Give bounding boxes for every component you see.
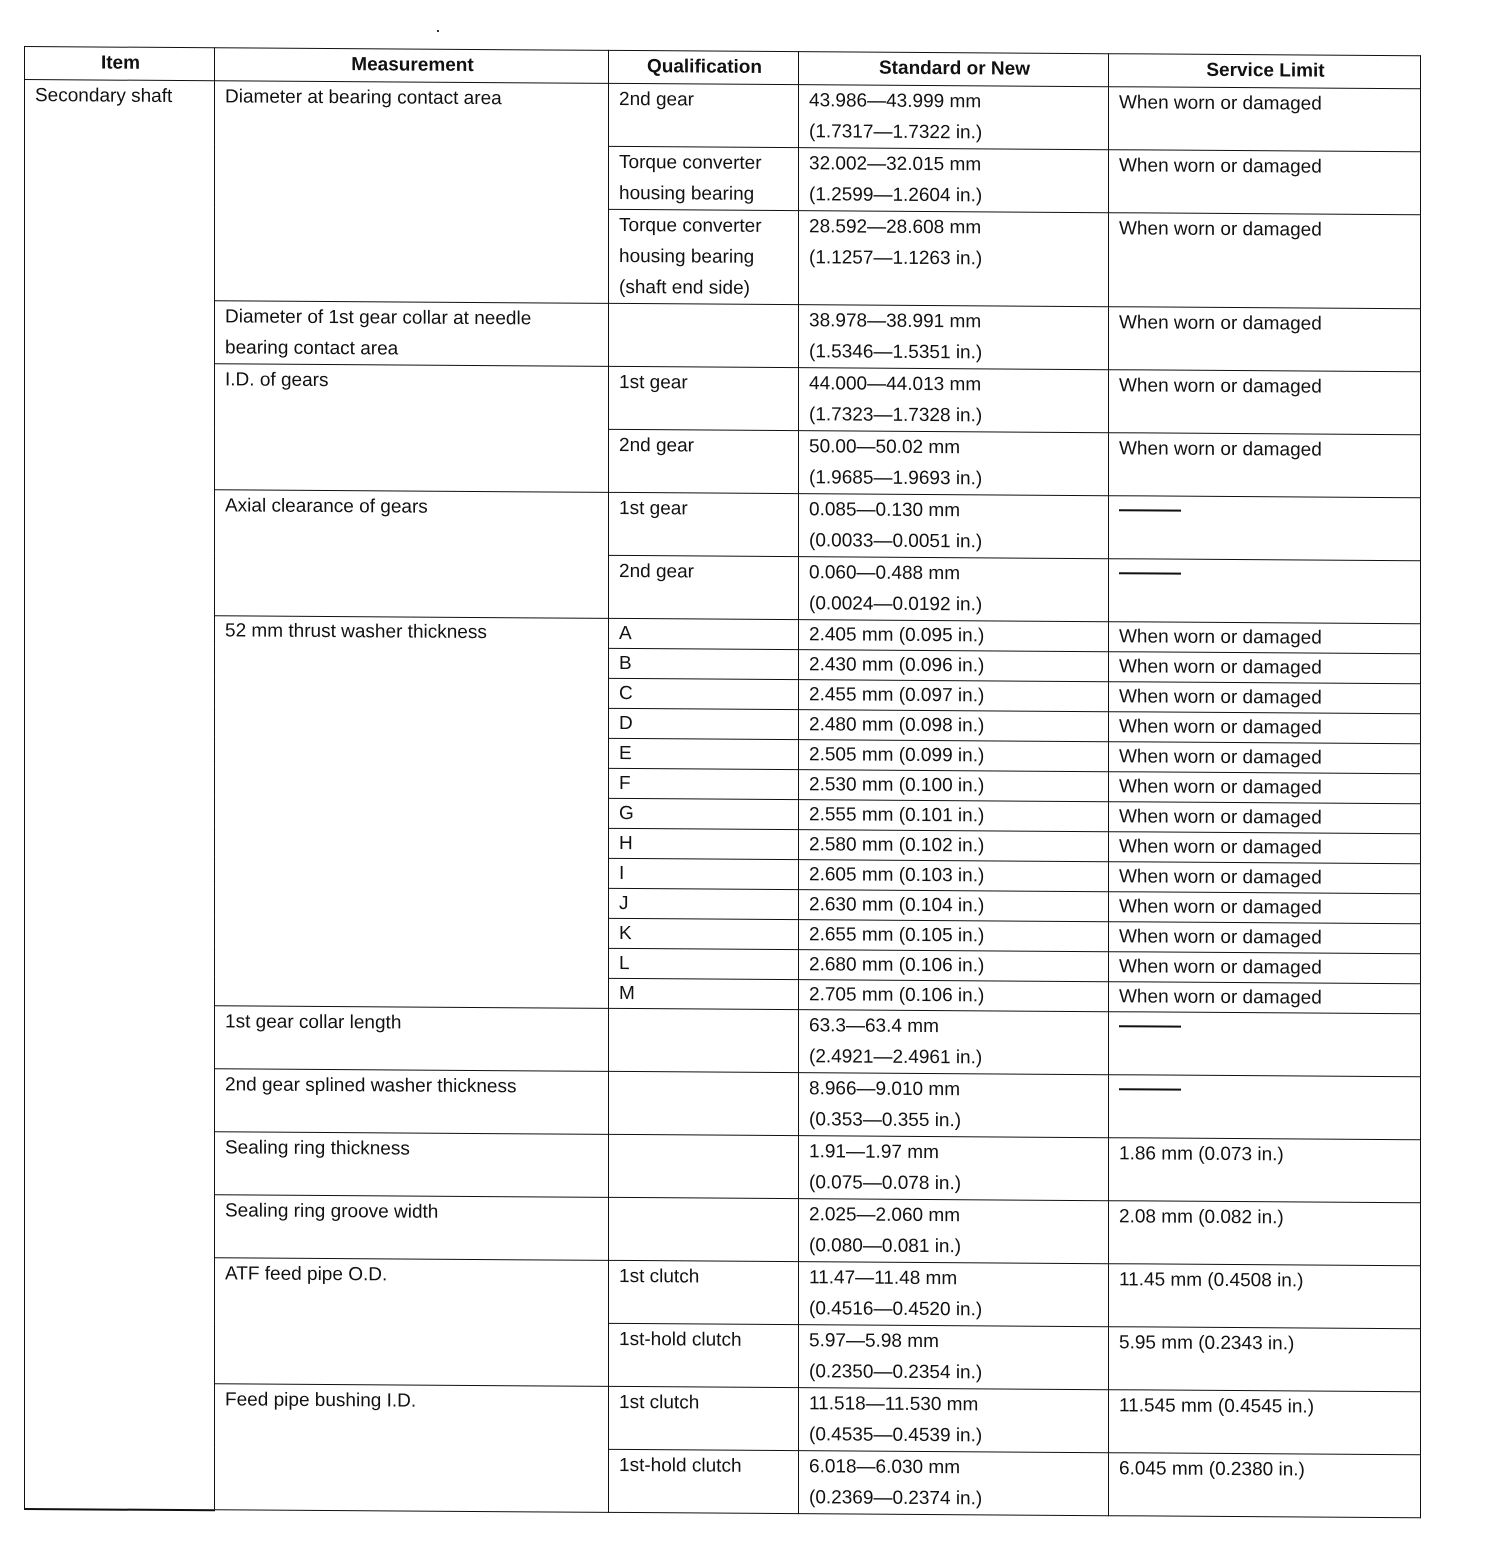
standard-value: (0.0033—0.0051 in.) [809, 525, 1100, 558]
qualification-cell: 1st gear [609, 366, 799, 430]
standard-value: 2.405 mm (0.095 in.) [809, 620, 1100, 651]
qualification-text: 1st-hold clutch [619, 1324, 790, 1356]
qualification-text: 1st gear [619, 367, 790, 399]
qualification-cell: D [609, 708, 799, 739]
qualification-text: H [619, 829, 790, 859]
qualification-cell: J [609, 888, 799, 919]
service-limit-cell: When worn or damaged [1109, 862, 1421, 894]
measurement-cell: Sealing ring thickness [215, 1132, 609, 1198]
standard-value: (1.2599—1.2604 in.) [809, 179, 1100, 212]
standard-cell: 2.455 mm (0.097 in.) [799, 680, 1109, 712]
measurement-text: bearing contact area [225, 332, 600, 365]
standard-value: 11.518—11.530 mm [809, 1388, 1100, 1421]
standard-value: 2.580 mm (0.102 in.) [809, 830, 1100, 861]
qualification-cell: F [609, 768, 799, 799]
service-limit-value: When worn or damaged [1119, 982, 1412, 1013]
qualification-text: 1st clutch [619, 1387, 790, 1419]
spec-body: Secondary shaftDiameter at bearing conta… [25, 80, 1421, 1518]
qualification-text: housing bearing [619, 241, 790, 273]
measurement-text: I.D. of gears [225, 364, 600, 397]
qualification-text: 1st clutch [619, 1261, 790, 1293]
standard-value: (1.7317—1.7322 in.) [809, 116, 1100, 149]
service-limit-value: When worn or damaged [1119, 150, 1412, 183]
qualification-cell: C [609, 678, 799, 709]
standard-value: 2.455 mm (0.097 in.) [809, 680, 1100, 711]
header-measurement: Measurement [215, 48, 609, 84]
standard-value: 6.018—6.030 mm [809, 1451, 1100, 1484]
measurement-cell: Diameter of 1st gear collar at needlebea… [215, 301, 609, 367]
standard-cell: 2.505 mm (0.099 in.) [799, 740, 1109, 772]
qualification-cell [609, 1071, 799, 1135]
service-limit-cell: When worn or damaged [1109, 150, 1421, 215]
qualification-text: D [619, 709, 790, 739]
standard-cell: 11.47—11.48 mm(0.4516—0.4520 in.) [799, 1262, 1109, 1327]
measurement-text: Axial clearance of gears [225, 490, 600, 523]
service-limit-cell: 11.545 mm (0.4545 in.) [1109, 1390, 1421, 1455]
table-row: Diameter of 1st gear collar at needlebea… [25, 300, 1421, 372]
standard-value: (1.7323—1.7328 in.) [809, 399, 1100, 432]
service-limit-value: 2.08 mm (0.082 in.) [1119, 1201, 1412, 1234]
service-limit-cell: 6.045 mm (0.2380 in.) [1109, 1453, 1421, 1518]
standard-value: 32.002—32.015 mm [809, 148, 1100, 181]
standard-cell: 0.085—0.130 mm(0.0033—0.0051 in.) [799, 494, 1109, 559]
qualification-cell: 1st clutch [609, 1260, 799, 1324]
standard-value: (0.2350—0.2354 in.) [809, 1356, 1100, 1389]
measurement-text: Diameter of 1st gear collar at needle [225, 301, 600, 334]
service-limit-value: When worn or damaged [1119, 622, 1412, 653]
service-limit-cell: When worn or damaged [1109, 772, 1421, 804]
standard-value: (0.075—0.078 in.) [809, 1167, 1100, 1200]
standard-value: 11.47—11.48 mm [809, 1262, 1100, 1295]
service-limit-value: 1.86 mm (0.073 in.) [1119, 1138, 1412, 1171]
qualification-cell: E [609, 738, 799, 769]
qualification-cell [609, 1134, 799, 1198]
measurement-text: 1st gear collar length [225, 1006, 600, 1039]
qualification-text: (shaft end side) [619, 272, 790, 304]
table-row: I.D. of gears1st gear44.000—44.013 mm(1.… [25, 363, 1421, 435]
service-limit-value: When worn or damaged [1119, 742, 1412, 773]
standard-cell: 2.405 mm (0.095 in.) [799, 620, 1109, 652]
service-limit-cell: 11.45 mm (0.4508 in.) [1109, 1264, 1421, 1329]
measurement-text: ATF feed pipe O.D. [225, 1258, 600, 1291]
standard-value: 44.000—44.013 mm [809, 368, 1100, 401]
table-row: Axial clearance of gears1st gear0.085—0.… [25, 489, 1421, 561]
qualification-text: 2nd gear [619, 556, 790, 588]
measurement-text: 52 mm thrust washer thickness [225, 616, 600, 647]
service-limit-cell [1109, 1012, 1421, 1077]
standard-value: 50.00—50.02 mm [809, 431, 1100, 464]
standard-value: 0.060—0.488 mm [809, 557, 1100, 590]
service-limit-value: 5.95 mm (0.2343 in.) [1119, 1327, 1412, 1360]
qualification-cell: 2nd gear [609, 555, 799, 619]
standard-cell: 32.002—32.015 mm(1.2599—1.2604 in.) [799, 148, 1109, 213]
qualification-cell: 2nd gear [609, 429, 799, 493]
qualification-text: Torque converter [619, 210, 790, 242]
header-standard: Standard or New [799, 52, 1109, 87]
standard-value: 2.555 mm (0.101 in.) [809, 800, 1100, 831]
service-limit-cell: When worn or damaged [1109, 952, 1421, 984]
qualification-text: Torque converter [619, 147, 790, 179]
service-limit-value: When worn or damaged [1119, 433, 1412, 466]
standard-cell: 2.430 mm (0.096 in.) [799, 650, 1109, 682]
service-limit-value: When worn or damaged [1119, 952, 1412, 983]
measurement-text: Diameter at bearing contact area [225, 81, 600, 114]
standard-value: (0.4535—0.4539 in.) [809, 1419, 1100, 1452]
service-limit-cell: When worn or damaged [1109, 652, 1421, 684]
not-applicable-dash [1119, 509, 1181, 511]
not-applicable-dash [1119, 1025, 1181, 1027]
qualification-text: 1st-hold clutch [619, 1450, 790, 1482]
standard-cell: 44.000—44.013 mm(1.7323—1.7328 in.) [799, 368, 1109, 433]
standard-value: (1.5346—1.5351 in.) [809, 336, 1100, 369]
standard-value: 2.655 mm (0.105 in.) [809, 920, 1100, 951]
standard-value: 2.505 mm (0.099 in.) [809, 740, 1100, 771]
standard-cell: 8.966—9.010 mm(0.353—0.355 in.) [799, 1073, 1109, 1138]
measurement-cell: 1st gear collar length [215, 1006, 609, 1072]
standard-cell: 28.592—28.608 mm(1.1257—1.1263 in.) [799, 211, 1109, 307]
service-limit-value: When worn or damaged [1119, 87, 1412, 120]
qualification-cell: B [609, 648, 799, 679]
table-row: ATF feed pipe O.D.1st clutch11.47—11.48 … [25, 1257, 1421, 1329]
standard-cell: 1.91—1.97 mm(0.075—0.078 in.) [799, 1136, 1109, 1201]
table-row: Sealing ring groove width2.025—2.060 mm(… [25, 1194, 1421, 1266]
service-limit-cell: When worn or damaged [1109, 982, 1421, 1014]
service-limit-cell: When worn or damaged [1109, 832, 1421, 864]
item-cell: Secondary shaft [25, 80, 215, 1510]
measurement-cell: I.D. of gears [215, 364, 609, 493]
standard-value: 8.966—9.010 mm [809, 1073, 1100, 1106]
service-limit-value: 11.545 mm (0.4545 in.) [1119, 1390, 1412, 1423]
table-row: 2nd gear splined washer thickness8.966—9… [25, 1068, 1421, 1140]
measurement-cell: ATF feed pipe O.D. [215, 1258, 609, 1387]
table-row: Sealing ring thickness1.91—1.97 mm(0.075… [25, 1131, 1421, 1203]
qualification-cell: I [609, 858, 799, 889]
service-limit-cell: When worn or damaged [1109, 922, 1421, 954]
header-qualification: Qualification [609, 50, 799, 84]
measurement-text: Feed pipe bushing I.D. [225, 1384, 600, 1417]
qualification-text: A [619, 619, 790, 649]
qualification-cell: 2nd gear [609, 83, 799, 147]
qualification-cell: M [609, 978, 799, 1009]
service-limit-cell: When worn or damaged [1109, 682, 1421, 714]
service-limit-cell: When worn or damaged [1109, 742, 1421, 774]
service-limit-value: When worn or damaged [1119, 213, 1412, 246]
service-limit-cell: When worn or damaged [1109, 433, 1421, 498]
standard-value: (1.9685—1.9693 in.) [809, 462, 1100, 495]
standard-value: 43.986—43.999 mm [809, 85, 1100, 118]
standard-value: 2.430 mm (0.096 in.) [809, 650, 1100, 681]
standard-cell: 2.580 mm (0.102 in.) [799, 830, 1109, 862]
standard-cell: 6.018—6.030 mm(0.2369—0.2374 in.) [799, 1451, 1109, 1516]
qualification-text: B [619, 649, 790, 679]
qualification-cell [609, 1197, 799, 1261]
measurement-text: Sealing ring groove width [225, 1195, 600, 1228]
service-limit-cell: When worn or damaged [1109, 87, 1421, 152]
measurement-text: 2nd gear splined washer thickness [225, 1069, 600, 1102]
standard-cell: 2.680 mm (0.106 in.) [799, 950, 1109, 982]
standard-cell: 63.3—63.4 mm(2.4921—2.4961 in.) [799, 1010, 1109, 1075]
standard-value: 28.592—28.608 mm [809, 211, 1100, 244]
service-limit-value: When worn or damaged [1119, 712, 1412, 743]
standard-cell: 2.555 mm (0.101 in.) [799, 800, 1109, 832]
qualification-text: 1st gear [619, 493, 790, 525]
standard-value: (0.353—0.355 in.) [809, 1104, 1100, 1137]
service-limit-cell: When worn or damaged [1109, 213, 1421, 309]
qualification-cell: Torque converterhousing bearing [609, 146, 799, 210]
service-limit-value: When worn or damaged [1119, 802, 1412, 833]
service-limit-value: When worn or damaged [1119, 307, 1412, 340]
standard-cell: 11.518—11.530 mm(0.4535—0.4539 in.) [799, 1388, 1109, 1453]
qualification-cell: Torque converterhousing bearing(shaft en… [609, 209, 799, 304]
header-item: Item [25, 47, 215, 81]
standard-value: 38.978—38.991 mm [809, 305, 1100, 338]
standard-value: (2.4921—2.4961 in.) [809, 1041, 1100, 1074]
qualification-cell [609, 1008, 799, 1072]
item-name: Secondary shaft [35, 80, 206, 112]
standard-cell: 43.986—43.999 mm(1.7317—1.7322 in.) [799, 85, 1109, 150]
qualification-text: M [619, 979, 790, 1009]
standard-cell: 0.060—0.488 mm(0.0024—0.0192 in.) [799, 557, 1109, 622]
standard-cell: 2.655 mm (0.105 in.) [799, 920, 1109, 952]
standard-value: 0.085—0.130 mm [809, 494, 1100, 527]
service-limit-cell: 2.08 mm (0.082 in.) [1109, 1201, 1421, 1266]
qualification-text: F [619, 769, 790, 799]
standard-cell: 2.480 mm (0.098 in.) [799, 710, 1109, 742]
standard-cell: 2.705 mm (0.106 in.) [799, 980, 1109, 1012]
standard-value: 5.97—5.98 mm [809, 1325, 1100, 1358]
standard-cell: 50.00—50.02 mm(1.9685—1.9693 in.) [799, 431, 1109, 496]
not-applicable-dash [1119, 1088, 1181, 1090]
standard-value: 2.025—2.060 mm [809, 1199, 1100, 1232]
standard-value: 2.530 mm (0.100 in.) [809, 770, 1100, 801]
standard-cell: 2.605 mm (0.103 in.) [799, 860, 1109, 892]
table-row: Feed pipe bushing I.D.1st clutch11.518—1… [25, 1383, 1421, 1455]
qualification-text: E [619, 739, 790, 769]
service-limit-cell: When worn or damaged [1109, 892, 1421, 924]
header-service-limit: Service Limit [1109, 54, 1421, 89]
service-limit-value: 11.45 mm (0.4508 in.) [1119, 1264, 1412, 1297]
service-limit-cell [1109, 496, 1421, 561]
service-limit-value: When worn or damaged [1119, 832, 1412, 863]
qualification-cell: 1st clutch [609, 1386, 799, 1450]
service-limit-cell [1109, 559, 1421, 624]
service-limit-value: When worn or damaged [1119, 862, 1412, 893]
standard-value: 2.605 mm (0.103 in.) [809, 860, 1100, 891]
qualification-cell: 1st gear [609, 492, 799, 556]
qualification-cell [609, 303, 799, 367]
qualification-text: I [619, 859, 790, 889]
qualification-text: K [619, 919, 790, 949]
standard-value: 1.91—1.97 mm [809, 1136, 1100, 1169]
measurement-cell: Sealing ring groove width [215, 1195, 609, 1261]
service-limit-cell [1109, 1075, 1421, 1140]
qualification-text: L [619, 949, 790, 979]
service-limit-value: When worn or damaged [1119, 772, 1412, 803]
qualification-text: 2nd gear [619, 430, 790, 462]
service-limit-cell: When worn or damaged [1109, 370, 1421, 435]
standard-value: (0.0024—0.0192 in.) [809, 588, 1100, 621]
standard-cell: 2.025—2.060 mm(0.080—0.081 in.) [799, 1199, 1109, 1264]
not-applicable-dash [1119, 572, 1181, 574]
measurement-text: Sealing ring thickness [225, 1132, 600, 1165]
service-limit-value: When worn or damaged [1119, 652, 1412, 683]
standard-value: (1.1257—1.1263 in.) [809, 242, 1100, 275]
standard-cell: 38.978—38.991 mm(1.5346—1.5351 in.) [799, 305, 1109, 370]
spec-table: Item Measurement Qualification Standard … [24, 46, 1421, 1519]
service-limit-cell: 1.86 mm (0.073 in.) [1109, 1138, 1421, 1203]
standard-value: 63.3—63.4 mm [809, 1010, 1100, 1043]
qualification-cell: H [609, 828, 799, 859]
measurement-cell: Axial clearance of gears [215, 490, 609, 619]
service-limit-cell: When worn or damaged [1109, 307, 1421, 372]
standard-value: 2.480 mm (0.098 in.) [809, 710, 1100, 741]
qualification-text: housing bearing [619, 178, 790, 210]
service-limit-cell: 5.95 mm (0.2343 in.) [1109, 1327, 1421, 1392]
service-limit-value: When worn or damaged [1119, 892, 1412, 923]
standard-value: 2.630 mm (0.104 in.) [809, 890, 1100, 921]
standard-cell: 5.97—5.98 mm(0.2350—0.2354 in.) [799, 1325, 1109, 1390]
measurement-cell: Diameter at bearing contact area [215, 81, 609, 304]
service-limit-value: 6.045 mm (0.2380 in.) [1119, 1453, 1412, 1486]
service-limit-cell: When worn or damaged [1109, 802, 1421, 834]
standard-value: 2.705 mm (0.106 in.) [809, 980, 1100, 1011]
qualification-text: 2nd gear [619, 84, 790, 116]
qualification-text: C [619, 679, 790, 709]
standard-value: (0.080—0.081 in.) [809, 1230, 1100, 1263]
measurement-cell: 52 mm thrust washer thickness [215, 616, 609, 1009]
standard-value: (0.2369—0.2374 in.) [809, 1482, 1100, 1515]
qualification-cell: G [609, 798, 799, 829]
qualification-cell: L [609, 948, 799, 979]
service-limit-value: When worn or damaged [1119, 922, 1412, 953]
qualification-text: J [619, 889, 790, 919]
qualification-cell: 1st-hold clutch [609, 1449, 799, 1513]
standard-value: 2.680 mm (0.106 in.) [809, 950, 1100, 981]
service-limit-value: When worn or damaged [1119, 370, 1412, 403]
table-row: Secondary shaftDiameter at bearing conta… [25, 80, 1421, 152]
measurement-cell: Feed pipe bushing I.D. [215, 1384, 609, 1513]
qualification-text: G [619, 799, 790, 829]
service-limit-cell: When worn or damaged [1109, 712, 1421, 744]
qualification-cell: A [609, 618, 799, 649]
measurement-cell: 2nd gear splined washer thickness [215, 1069, 609, 1135]
scan-speck [437, 30, 439, 32]
standard-cell: 2.630 mm (0.104 in.) [799, 890, 1109, 922]
service-limit-cell: When worn or damaged [1109, 622, 1421, 654]
standard-cell: 2.530 mm (0.100 in.) [799, 770, 1109, 802]
service-limit-value: When worn or damaged [1119, 682, 1412, 713]
table-row: 1st gear collar length63.3—63.4 mm(2.492… [25, 1005, 1421, 1077]
qualification-cell: 1st-hold clutch [609, 1323, 799, 1387]
standard-value: (0.4516—0.4520 in.) [809, 1293, 1100, 1326]
qualification-cell: K [609, 918, 799, 949]
